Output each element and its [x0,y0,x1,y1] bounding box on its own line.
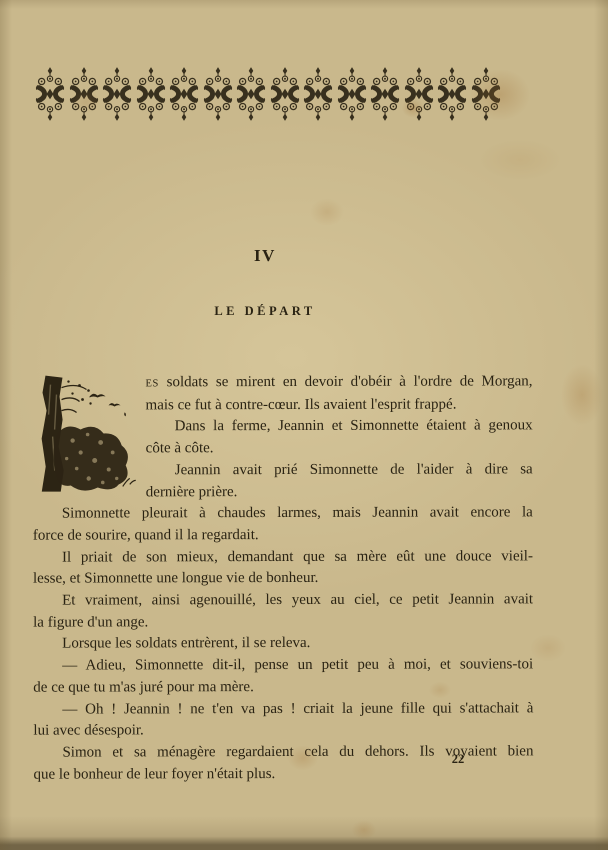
book-page-scan: IV LE DÉPART E [0,0,608,850]
fleuron-icon [102,64,132,124]
paragraph: Il priait de son mieux, demandant que sa… [33,546,533,591]
fleuron-icon [35,64,65,124]
text-line: Simonnette pleurait à chaudes larmes, ma… [33,503,533,526]
paragraph: Lorsque les soldats entrèrent, il se rel… [33,633,533,656]
fleuron-icon [203,64,233,124]
text-line: Et vraiment, ainsi agenouillé, les yeux … [33,589,533,612]
fleuron-icon [303,64,333,124]
text-line: de ce que tu m'as juré pour ma mère. [33,676,533,699]
paragraph: — Oh ! Jeannin ! ne t'en va pas ! criait… [33,698,533,743]
fleuron-icon [404,64,434,124]
fleuron-icon [337,64,367,124]
fleuron-icon [69,64,99,124]
page-number: 22 [443,752,473,767]
drop-cap-illustration [32,374,140,496]
fleuron-icon [236,64,266,124]
chapter-title: LE DÉPART [33,304,497,319]
text-line: Il priait de son mieux, demandant que sa… [33,546,533,569]
paragraph: Simonnette pleurait à chaudes larmes, ma… [33,503,533,548]
fleuron-icon [471,64,501,124]
ornamental-border [35,63,501,125]
text-line: force de sourire, quand il la regardait. [33,524,533,547]
text-line: — Oh ! Jeannin ! ne t'en va pas ! criait… [33,698,533,721]
text-line: lesse, et Simonnette une longue vie de b… [33,568,533,591]
chapter-number: IV [33,246,497,266]
text-block: ES soldats se mirent en devoir d'obéir à… [32,371,533,786]
paragraph: — Adieu, Simonnette dit-il, pense un pet… [33,654,533,699]
text-line: lui avec désespoir. [33,720,533,743]
fleuron-icon [270,64,300,124]
text-line: Lorsque les soldats entrèrent, il se rel… [33,633,533,656]
text-line: la figure d'un ange. [33,611,533,634]
fleuron-icon [136,64,166,124]
fleuron-icon [169,64,199,124]
fleuron-icon [370,64,400,124]
text-line: — Adieu, Simonnette dit-il, pense un pet… [33,654,533,677]
small-caps-lead: ES [145,378,158,389]
paragraph: Et vraiment, ainsi agenouillé, les yeux … [33,589,533,634]
fleuron-icon [437,64,467,124]
